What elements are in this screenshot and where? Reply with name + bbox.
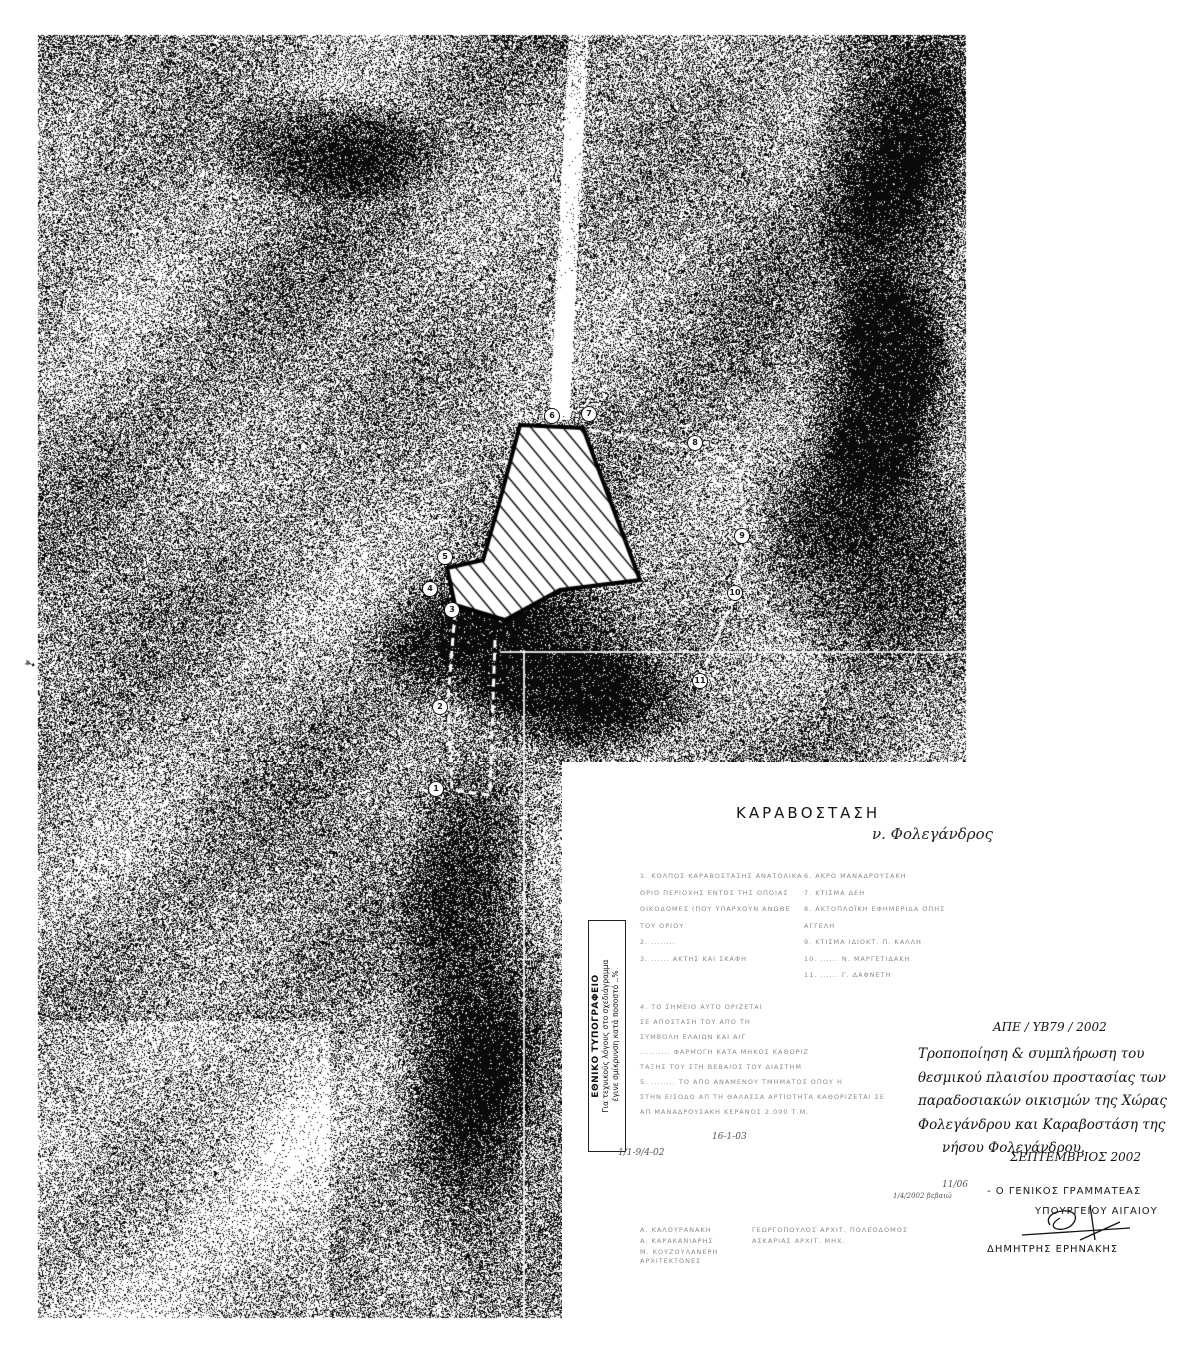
map-marker-4: 4 [422, 581, 438, 597]
signatories-right: ΓΕΩΡΓΟΠΟΥΛΟΣ ΑΡΧΙΤ. ΠΟΛΕΟΔΟΜΟΣ ΑΣΚΑΡΙΑΣ … [752, 1225, 908, 1247]
legend-item: 1. ΚΟΛΠΟΣ ΚΑΡΑΒΟΣΤΑΣΗΣ ΑΝΑΤΟΛΙΚΑ [640, 868, 803, 885]
signatories-role: ΑΡΧΙΤΕΚΤΟΝΕΣ [640, 1256, 701, 1267]
legend-item: ΣΕ ΑΠΟΣΤΑΣΗ ΤΟΥ ΑΠΟ ΤΗ [640, 1015, 885, 1030]
legend-item: 9. ΚΤΙΣΜΑ ΙΔΙΟΚΤ. Π. ΚΑΛΛΗ [804, 934, 945, 951]
signatory: Α. ΚΑΡΑΚΑΝΙΑΡΗΣ [640, 1236, 718, 1247]
legend-item: ΟΙΚΟΔΟΜΕΣ (ΠΟΥ ΥΠΑΡΧΟΥΝ ΑΝΩΘΕ [640, 901, 803, 918]
signatory: Α. ΚΑΛΟΥΡΑΝΑΚΗ [640, 1225, 718, 1236]
legend-item: ΤΟΥ ΟΡΙΟΥ [640, 918, 803, 935]
legend-item: ΤΑΞΗΣ ΤΟΥ ΣΤΗ ΒΕΒΑΙΟΣ ΤΟΥ ΔΙΑΣΤΗΜ [640, 1060, 885, 1075]
legend-item: ΣΤΗΝ ΕΙΣΟΔΟ ΑΠ ΤΗ ΘΑΛΑΣΣΑ ΑΡΤΙΟΤΗΤΑ ΚΑΘΟ… [640, 1090, 885, 1105]
legend-item: ΣΥΜΒΟΛΗ ΕΛΑΙΩΝ ΚΑΙ ΑΙΓ [640, 1030, 885, 1045]
national-printing-stamp: ΕΘΝΙΚΟ ΤΥΠΟΓΡΑΦΕΙΟ Για τεχνικούς λόγους … [588, 920, 626, 1152]
map-marker-9: 9 [734, 528, 750, 544]
legend-left: 1. ΚΟΛΠΟΣ ΚΑΡΑΒΟΣΤΑΣΗΣ ΑΝΑΤΟΛΙΚΑ ΟΡΙΟ ΠΕ… [640, 868, 803, 967]
legend-right: 6. ΑΚΡΟ ΜΑΝΑΔΡΟΥΣΑΚΗ 7. ΚΤΙΣΜΑ ΔΕΗ 8. ΑΚ… [804, 868, 945, 984]
legend-item: 8. ΑΚΤΟΠΛΟΪΚΗ ΕΦΗΜΕΡΙΔΑ ΟΠΗΣ [804, 901, 945, 918]
description-line: θεσμικού πλαισίου προστασίας των [918, 1067, 1167, 1091]
map-marker-3: 3 [444, 602, 460, 618]
map-marker-8: 8 [687, 435, 703, 451]
map-title: ΚΑΡΑΒΟΣΤΑΣΗ [736, 804, 880, 822]
legend-notes: 4. ΤΟ ΣΗΜΕΙΟ ΑΥΤΟ ΟΡΙΖΕΤΑΙ ΣΕ ΑΠΟΣΤΑΣΗ Τ… [640, 1000, 885, 1120]
map-marker-2: 2 [432, 699, 448, 715]
signatories-left: Α. ΚΑΛΟΥΡΑΝΑΚΗ Α. ΚΑΡΑΚΑΝΙΑΡΗΣ Μ. ΚΟΥΖΟΥ… [640, 1225, 718, 1258]
legend-item: .......... ΦΑΡΜΟΓΗ ΚΑΤΑ ΜΗΚΟΣ ΚΑΘΟΡΙΖ [640, 1045, 885, 1060]
map-marker-11: 11 [692, 673, 708, 689]
document-date: ΣΕΠΤΕΜΒΡΙΟΣ 2002 [1010, 1150, 1141, 1164]
stamp-line: Για τεχνικούς λόγους στο σχεδιάγραμμα [601, 959, 610, 1112]
legend-item: ΑΠ ΜΑΝΑΔΡΟΥΣΑΚΗ ΚΕΡΑΝΟΣ 2.000 Τ.Μ. [640, 1105, 885, 1120]
map-marker-1: 1 [428, 781, 444, 797]
stamp-title: ΕΘΝΙΚΟ ΤΥΠΟΓΡΑΦΕΙΟ [591, 974, 601, 1097]
legend-item: 6. ΑΚΡΟ ΜΑΝΑΔΡΟΥΣΑΚΗ [804, 868, 945, 885]
decision-number: ΑΠΕ / ΥΒ79 / 2002 [993, 1020, 1107, 1034]
signature-icon [1020, 1200, 1140, 1250]
description-line: Φολεγάνδρου και Καραβοστάση της [918, 1114, 1167, 1138]
legend-item: 4. ΤΟ ΣΗΜΕΙΟ ΑΥΤΟ ΟΡΙΖΕΤΑΙ [640, 1000, 885, 1015]
map-marker-5: 5 [437, 549, 453, 565]
map-marker-7: 7 [581, 406, 597, 422]
legend-item: 10. ...... Ν. ΜΑΡΓΕΤΙΔΑΚΗ [804, 951, 945, 968]
stamp-line: έγινε σμίκρυνση κατά ποσοστό ..% [611, 970, 620, 1101]
legend-item: 11. ...... Γ. ΔΑΦΝΕΤΗ [804, 967, 945, 984]
signatory: ΑΣΚΑΡΙΑΣ ΑΡΧΙΤ. ΜΗΧ. [752, 1236, 908, 1247]
date-scribble: 16-1-03 [712, 1132, 747, 1142]
legend-item: 3. ...... ΑΚΤΗΣ ΚΑΙ ΣΚΑΦΗ [640, 951, 803, 968]
legend-item: 5. ........ ΤΟ ΑΠΟ ΑΝΑΜΕΝΟΥ ΤΜΗΜΑΤΟΣ ΟΠΟ… [640, 1075, 885, 1090]
map-subtitle: ν. Φολεγάνδρος [872, 825, 993, 843]
initial-scribble: 1/1-9/4-02 [618, 1148, 665, 1158]
legend-item: 2. ........ [640, 934, 803, 951]
legend-item: 7. ΚΤΙΣΜΑ ΔΕΗ [804, 885, 945, 902]
description: Τροποποίηση & συμπλήρωση του θεσμικού πλ… [918, 1043, 1167, 1161]
legend-item: ΑΓΓΕΛΗ [804, 918, 945, 935]
note-scribble: 11/06 [942, 1180, 968, 1190]
legend-item: ΟΡΙΟ ΠΕΡΙΟΧΗΣ ΕΝΤΟΣ ΤΗΣ ΟΠΟΙΑΣ [640, 885, 803, 902]
map-marker-6: 6 [544, 408, 560, 424]
signatory: ΓΕΩΡΓΟΠΟΥΛΟΣ ΑΡΧΙΤ. ΠΟΛΕΟΔΟΜΟΣ [752, 1225, 908, 1236]
small-scribble: 1/4/2002 βεβαιώ [893, 1192, 952, 1200]
description-line: παραδοσιακών οικισμών της Χώρας [918, 1090, 1167, 1114]
map-marker-10: 10 [727, 585, 743, 601]
description-line: Τροποποίηση & συμπλήρωση του [918, 1043, 1167, 1067]
signer-role: - Ο ΓΕΝΙΚΟΣ ΓΡΑΜΜΑΤΕΑΣ [987, 1182, 1158, 1202]
